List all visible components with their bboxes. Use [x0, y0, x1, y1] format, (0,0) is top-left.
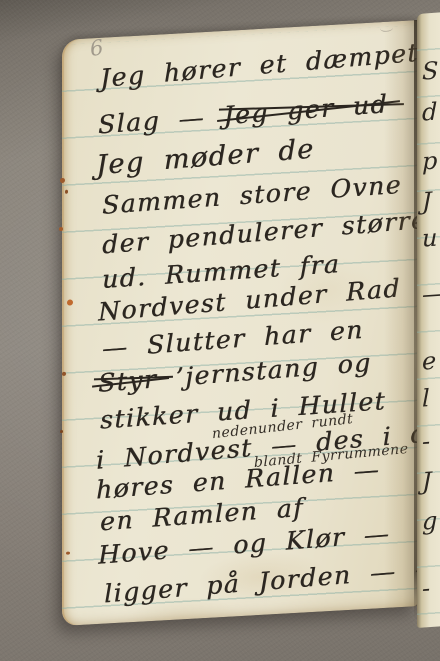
notebook-page: 6 Jeg hører et dæmpet Slag — Jeg ger ud …: [62, 20, 418, 626]
notebook-photograph: 6 Jeg hører et dæmpet Slag — Jeg ger ud …: [0, 0, 440, 661]
handwriting-fragment: g: [422, 507, 438, 536]
handwriting-fragment: d: [422, 98, 438, 127]
handwriting-fragment: l: [422, 384, 431, 413]
facing-page-edge: S d p J u — e l - J g -: [417, 12, 440, 628]
handwriting-fragment: —: [422, 279, 440, 309]
gutter-shadow: [384, 20, 418, 608]
handwriting-fragment: S: [422, 56, 439, 85]
handwriting-fragment: e: [422, 347, 437, 376]
struck-text: Styr: [98, 366, 158, 396]
handwriting-fragment: u: [422, 223, 438, 252]
handwriting-fragment: -: [422, 427, 431, 456]
page-number: 6: [88, 35, 105, 61]
handwriting-fragment: -: [422, 574, 431, 603]
handwriting-fragment: J: [422, 467, 433, 496]
handwriting-fragment: p: [422, 147, 438, 176]
handwriting-fragment: J: [422, 187, 433, 216]
